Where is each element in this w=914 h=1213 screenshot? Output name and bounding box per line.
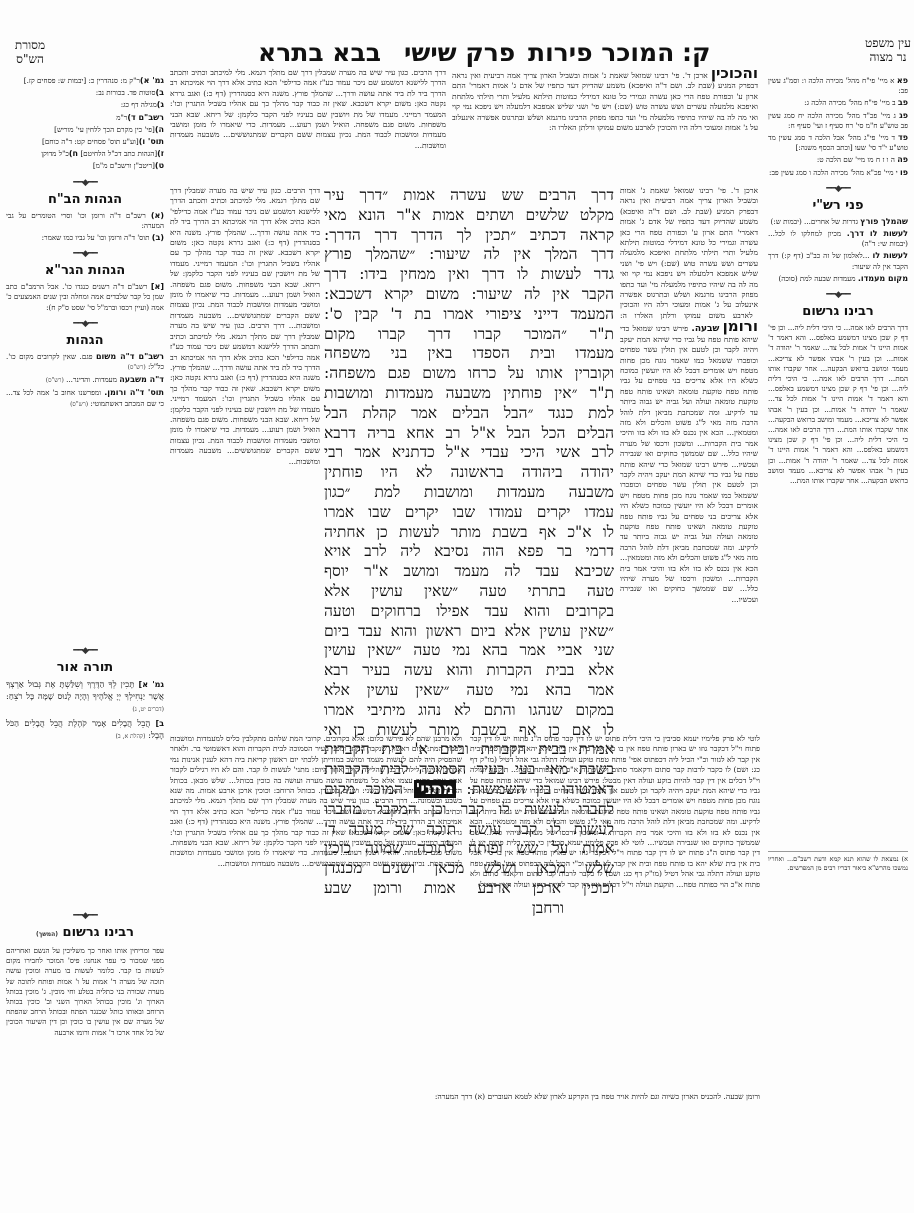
ein-mishpat-title: עין משפט נר מצוה [862, 36, 914, 64]
torah-or-entry: גמ' א] תָּכִין לְךָ הַדֶּרֶךְ וְשִׁלַּשְ… [6, 679, 164, 716]
tosafot-dibbur-hamatchil: ורומן [723, 317, 758, 335]
hagahot-entry: ד"ה משבעה מעמדות. והדינר... (רש"ס) [6, 375, 164, 386]
ein-mishpat-entry: פו י מיי' פכ"א מהל' מכירה הלכה ו סמג עשי… [768, 168, 908, 178]
ein-mishpat-entry: פה ה ו ז ח מו מיי' שם הלכה ט: [768, 155, 908, 165]
masoret-entry: ז)[הגהות כתב דכ"ל הלחיטם] ח)כ"ל מדוקן [6, 149, 164, 159]
ornament-divider: ━━◆━━ [768, 290, 908, 300]
ein-mishpat-entry: פד ד מיי' פי"ג מהל' אבל הלכה ד סמג עשין … [768, 133, 908, 153]
torah-or-entry: ב] הֲבֵל הֲבָלִים אָמַר קֹהֶלֶת הֲבֵל הֲ… [6, 718, 164, 743]
rashbam-top: דרך הרבים. כגון עיר שיש בה מערה שמבלין ד… [170, 68, 446, 188]
hagahot-entry: רשב"ם ד"ה משום פגם. שאין לקרובים מקום כו… [6, 352, 164, 373]
ornament-divider: ━━◆━━ [6, 911, 164, 921]
masoret-hashas-column: גמ' א)ר"ק מ: סנהדרין כ: [יבמות ש: פסחים … [6, 76, 164, 412]
ornament-divider: ━━◆━━ [6, 646, 164, 656]
hagahot-title: הגהות [6, 333, 164, 349]
tosafot-column: ארכן ד'. פי' רבינו שמואל שאמת ג' אמות וב… [620, 186, 758, 718]
rabbeinu-gershom-left-column: ━━◆━━ רבינו גרשום (המשך) עפר ומריחין אות… [6, 905, 164, 1040]
hagahot-entry: תוס' ד"ה ורומן. ומפרשנו אחוב ב' אמה לכל … [6, 388, 164, 409]
chapter-number: פרק שישי [404, 38, 515, 68]
ornament-divider: ━━◆━━ [768, 184, 908, 194]
footnote: א) נמצאת לו שהוא תנא קמא ודעת רשב"ם... ו… [768, 851, 908, 873]
masoret-entry: תוס' ו)[וע"ע תוס' פסחים קט: ד"ה כוחם] [6, 137, 164, 147]
rashbam-final: ורומן שבעה. להכניס הארון כשיוה וגם להיות… [170, 1092, 760, 1102]
rashbam-column: דרך הרבים. כגון עיר שיש בה מערה שמבלין ד… [170, 186, 320, 718]
tractate-title: בבא בתרא [258, 38, 381, 68]
hagahot-habach-entry: (ב) תוס' ד"ה ורומן וכו' על גביו כמו שאמר… [6, 233, 164, 243]
masoret-entry: רשב"ם ד)ר"מ [6, 113, 164, 123]
torah-or-column: ━━◆━━ תורה אור גמ' א] תָּכִין לְךָ הַדֶּ… [6, 640, 164, 745]
torah-or-title: תורה אור [6, 660, 164, 676]
masoret-entry: ה)[פי' כין מקרם הכך ללחין עי' מוריש] [6, 125, 164, 135]
masoret-entry: גמ' א)ר"ק מ: סנהדרין כ: [יבמות ש: פסחים … [6, 76, 164, 86]
rabbeinu-gershom-title: רבינו גרשום (המשך) [6, 925, 164, 943]
rabbeinu-gershom-title: רבינו גרשום [768, 304, 908, 320]
masoret-entry: ט)[ריטב"ן ורשב"ם מ"מ] [6, 161, 164, 171]
ein-mishpat-entry: פב ב מיי' פי"ח מהל' מכירה הלכה ג: [768, 98, 908, 108]
ornament-divider: ━━◆━━ [6, 249, 164, 259]
ein-mishpat-column: פא א מיי' פי"ח מהל' מכירה הלכה ו: וסמ"ג … [768, 76, 908, 873]
masoret-entry: ב)סוטות פד. בכורות נב: [6, 88, 164, 98]
ein-mishpat-entry: פא א מיי' פי"ח מהל' מכירה הלכה ו: וסמ"ג … [768, 76, 908, 96]
ein-mishpat-entry: פג ג מיי' פכ"ד מהל' מכירה הלכה יח סמג עש… [768, 111, 908, 131]
penei-rashi-entry: שהמלך פורץ גדרות של אחרים... (יבמות ש:) [768, 217, 908, 227]
tosafot-dibbur-hamatchil: והכוכין [711, 68, 758, 82]
hagahot-habach-entry: (א) רשב"ם ד"ה ורומן וכו' וסרי הטומרים על… [6, 211, 164, 231]
hagahot-hagra-entry: [א] רשב"ם ד"ה רשנים כנגדו כו'. אבל הרמב"… [6, 282, 164, 313]
rabbeinu-gershom-text: דרך הרבים לאו אמה... כי היכי דלית ליה...… [768, 323, 908, 843]
tosafot-bottom: לוטי לא פרק פלימיו יעמא סביבין כי היכי ד… [470, 734, 760, 1064]
chapter-title: המוכר פירות [528, 38, 674, 68]
ornament-divider: ━━◆━━ [6, 319, 164, 329]
page-number: ק: [682, 38, 710, 68]
hagahot-hagra-title: הגהות הגר"א [6, 263, 164, 279]
rashbam-bottom: ולא מרבנן שהם לא פירשו כלום: אלא בקרובים… [170, 734, 462, 1064]
ornament-divider: ━━◆━━ [6, 178, 164, 188]
penei-rashi-entry: לעשות לו ...לאלמון של זה כב"ב (דף ק:) דר… [768, 251, 908, 271]
tosafot-top: והכוכין ארכן ד'. פי' רבינו שמואל שאמת ג'… [452, 68, 758, 188]
page-header: בבא בתרא פרק שישי המוכר פירות ק: עין משפ… [0, 34, 914, 68]
penei-rashi-entry: מקום מעמדו. מעמדות שבעה למת (סוכה) [768, 274, 908, 284]
penei-rashi-entry: לעשות לו דרך. מכיון למחלקו לו לכל... (יב… [768, 229, 908, 249]
rabbeinu-gershom-text: עפר ומריחין אותו ואחר כך משליכין על הנשם… [6, 946, 164, 1038]
masoret-hashas-title: מסורת הש"ס [0, 38, 60, 66]
hagahot-habach-title: הגהות הב"ח [6, 192, 164, 208]
masoret-entry: ג)מגילה דף כג: [6, 100, 164, 110]
penei-rashi-title: פני רש"י [768, 198, 908, 214]
